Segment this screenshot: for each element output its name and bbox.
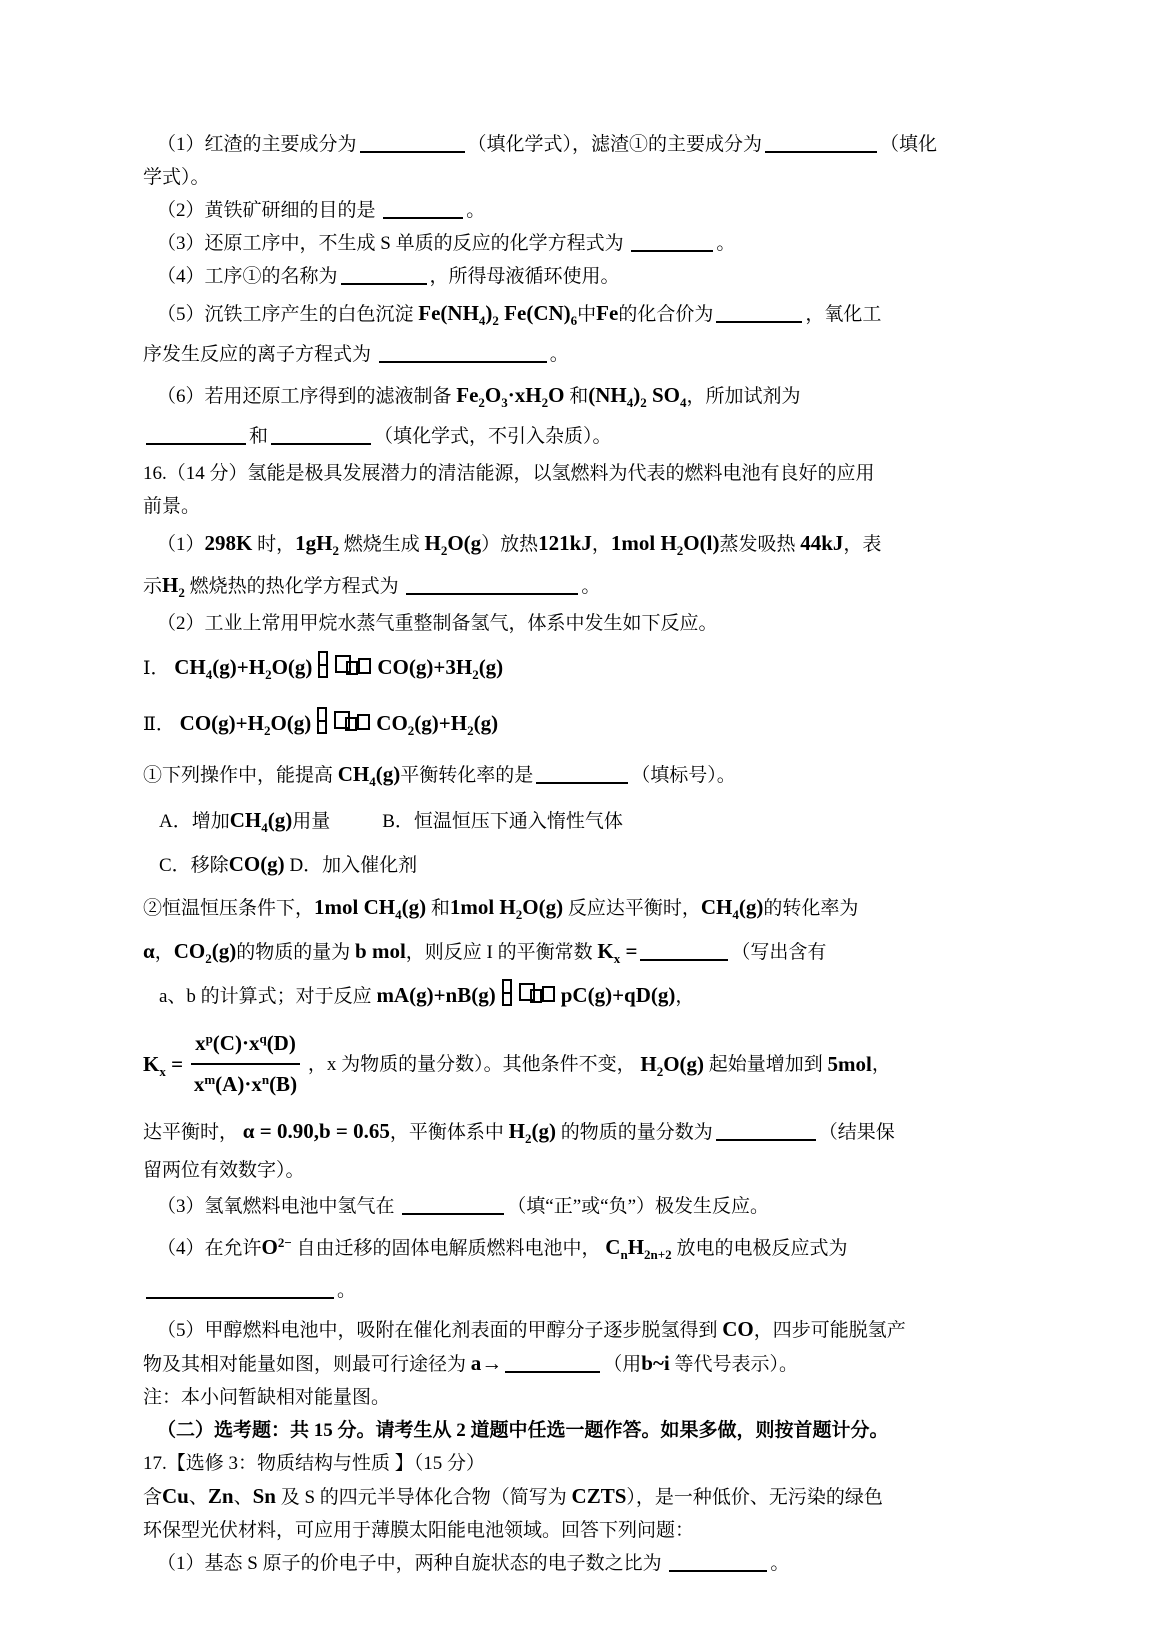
reaction-2: Ⅱ． CO(g)+H2O(g)CO2(g)+H2(g) bbox=[143, 696, 1023, 752]
text-run: 。 bbox=[466, 200, 485, 221]
q16-part2-sub2-line1: ②恒温恒压条件下，1mol CH4(g) 和1mol H2O(g) 反应达平衡时… bbox=[143, 886, 1023, 930]
note-line: 注：本小问暂缺相对能量图。 bbox=[143, 1381, 1023, 1414]
missing-glyph-boxes bbox=[318, 651, 371, 678]
text-run: 的化合价为 bbox=[618, 304, 713, 325]
q17-part1: （1）基态 S 原子的价电子中，两种自旋状态的电子数之比为 。 bbox=[143, 1547, 1023, 1580]
q16-part4-line1: （4）在允许O2− 自由迁移的固体电解质燃料电池中， CnH2n+2 放电的电极… bbox=[143, 1227, 1023, 1269]
text-run: 前景。 bbox=[143, 496, 200, 517]
text-run: （二）选考题：共 15 分。请考生从 2 道题中任选一题作答。如果多做，则按首题… bbox=[157, 1420, 889, 1441]
q15-part2: （2）黄铁矿研细的目的是 。 bbox=[143, 194, 1023, 227]
text-run: 。 bbox=[337, 1280, 356, 1301]
text-run: A．增加 bbox=[159, 811, 230, 832]
blank-underline bbox=[341, 269, 427, 285]
text-run: Ⅱ． bbox=[143, 714, 180, 735]
text-run: 。 bbox=[550, 344, 569, 365]
text-run: Ⅰ． bbox=[143, 658, 174, 679]
text-run: 反应达平衡时， bbox=[563, 898, 701, 919]
text-run: 的转化率为 bbox=[763, 898, 858, 919]
text-run: 留两位有效数字）。 bbox=[143, 1160, 305, 1181]
formula: b~i bbox=[641, 1351, 669, 1375]
formula: CO2(g) bbox=[174, 939, 237, 963]
formula: Zn bbox=[208, 1484, 234, 1508]
tofu-box bbox=[358, 658, 371, 674]
blank-underline bbox=[669, 1556, 767, 1572]
tofu-box bbox=[530, 989, 542, 1003]
text-run: ，所加试剂为 bbox=[686, 386, 800, 407]
text-run: ，x 为物质的量分数）。其他条件不变， bbox=[308, 1048, 641, 1081]
q16-part2-intro: （2）工业上常用甲烷水蒸气重整制备氢气，体系中发生如下反应。 bbox=[143, 607, 1023, 640]
text-run: ， bbox=[155, 942, 174, 963]
text-run: （写出含有 bbox=[731, 942, 826, 963]
text-run: 用量 bbox=[292, 811, 330, 832]
blank-underline bbox=[505, 1357, 600, 1373]
kx-fraction: xp(C)·xq(D)xm(A)·xn(B) bbox=[191, 1027, 300, 1101]
text-run: 示 bbox=[143, 576, 162, 597]
q15-part6-line2: 和（填化学式，不引入杂质）。 bbox=[143, 417, 1023, 457]
text-run: （用 bbox=[603, 1354, 641, 1375]
text-run: 物及其相对能量如图，则最可行途径为 bbox=[143, 1354, 471, 1375]
q16-intro-line2: 前景。 bbox=[143, 490, 1023, 523]
text-run: 放电的电极反应式为 bbox=[672, 1238, 848, 1259]
q16-part2-sub2-line6: 留两位有效数字）。 bbox=[143, 1154, 1023, 1187]
text-run: 及 S 的四元半导体化合物（简写为 bbox=[276, 1487, 572, 1508]
options-ab: A．增加CH4(g)用量B．恒温恒压下通入惰性气体 bbox=[143, 798, 1023, 844]
q17-intro-line2: 环保型光伏材料，可应用于薄膜太阳能电池领域。回答下列问题： bbox=[143, 1514, 1023, 1547]
q15-part3: （3）还原工序中，不生成 S 单质的反应的化学方程式为 。 bbox=[143, 227, 1023, 260]
text-run: ，平衡体系中 bbox=[390, 1122, 509, 1143]
text-run: （1）红渣的主要成分为 bbox=[157, 134, 357, 155]
formula: mA(g)+nB(g) bbox=[376, 983, 495, 1007]
formula: Sn bbox=[253, 1484, 276, 1508]
text-run: （2）黄铁矿研细的目的是 bbox=[157, 200, 380, 221]
q16-part2-sub2-line3: a、b 的计算式；对于反应 mA(g)+nB(g)pC(g)+qD(g)， bbox=[143, 974, 1023, 1018]
text-run: （填标号）。 bbox=[631, 765, 736, 786]
text-run: 含 bbox=[143, 1487, 162, 1508]
text-run: 、 bbox=[189, 1487, 208, 1508]
q16-part4-line2: 。 bbox=[143, 1269, 1023, 1313]
text-run: D．加入催化剂 bbox=[285, 855, 417, 876]
formula: 1gH2 bbox=[295, 531, 339, 555]
formula: CZTS bbox=[572, 1484, 627, 1508]
formula: Cu bbox=[162, 1484, 189, 1508]
q15-part6-line1: （6）若用还原工序得到的滤液制备 Fe2O3·xH2O 和(NH4)2 SO4，… bbox=[143, 375, 1023, 417]
formula: 298K bbox=[205, 531, 253, 555]
formula: a→ bbox=[471, 1351, 503, 1375]
text-run: 中 bbox=[577, 304, 596, 325]
text-run: 燃烧生成 bbox=[339, 534, 425, 555]
tofu-box bbox=[317, 707, 327, 734]
text-run: B．恒温恒压下通入惰性气体 bbox=[382, 811, 623, 832]
formula: CnH2n+2 bbox=[605, 1235, 671, 1259]
formula: 1mol CH4(g) bbox=[314, 895, 426, 919]
text-run: （2）工业上常用甲烷水蒸气重整制备氢气，体系中发生如下反应。 bbox=[157, 613, 718, 634]
formula: CO bbox=[722, 1317, 754, 1341]
fraction-denominator: xm(A)·xn(B) bbox=[191, 1065, 300, 1101]
q15-part5-line1: （5）沉铁工序产生的白色沉淀 Fe(NH4)2 Fe(CN)6中Fe的化合价为，… bbox=[143, 293, 1023, 335]
document-page: （1）红渣的主要成分为（填化学式），滤渣①的主要成分为（填化学式）。（2）黄铁矿… bbox=[0, 0, 1158, 1638]
blank-underline bbox=[383, 203, 463, 219]
formula: CO(g) bbox=[229, 852, 285, 876]
text-run: 蒸发吸热 bbox=[719, 534, 800, 555]
formula: O2− bbox=[262, 1235, 292, 1259]
formula: Fe2O3·xH2O bbox=[456, 383, 564, 407]
formula: Fe bbox=[596, 301, 618, 325]
text-run: ，所得母液循环使用。 bbox=[430, 266, 620, 287]
text-run: C．移除 bbox=[159, 855, 229, 876]
formula: b mol bbox=[355, 939, 406, 963]
q15-part5-line2: 序发生反应的离子方程式为 。 bbox=[143, 335, 1023, 375]
text-run: 等代号表示）。 bbox=[670, 1354, 798, 1375]
text-run: ， bbox=[675, 986, 694, 1007]
text-run: （3）氢氧燃料电池中氢气在 bbox=[157, 1196, 399, 1217]
tofu-box bbox=[502, 979, 512, 1006]
blank-underline bbox=[379, 347, 547, 363]
text-run: 起始量增加到 bbox=[704, 1048, 828, 1081]
formula: pC(g)+qD(g) bbox=[561, 983, 676, 1007]
blank-underline bbox=[536, 768, 628, 784]
options-cd: C．移除CO(g) D．加入催化剂 bbox=[143, 844, 1023, 886]
formula: 5mol bbox=[828, 1048, 872, 1081]
text-run: （填化 bbox=[880, 134, 937, 155]
formula: 1mol H2O(g) bbox=[450, 895, 563, 919]
q16-part2-sub2-line5: 达平衡时， α = 0.90,b = 0.65，平衡体系中 H2(g) 的物质的… bbox=[143, 1110, 1023, 1154]
blank-underline bbox=[360, 137, 465, 153]
text-run: （填“正”或“负”）极发生反应。 bbox=[507, 1196, 769, 1217]
text-run: a、b 的计算式；对于反应 bbox=[159, 986, 376, 1007]
formula: Kx = bbox=[597, 939, 637, 963]
text-run: 和 bbox=[564, 386, 588, 407]
text-run: （填化学式），滤渣①的主要成分为 bbox=[468, 134, 763, 155]
text-run: ），是一种低价、无污染的绿色 bbox=[626, 1487, 883, 1508]
text-run: ，表 bbox=[843, 534, 881, 555]
tofu-box bbox=[346, 661, 358, 675]
q15-part4: （4）工序①的名称为，所得母液循环使用。 bbox=[143, 260, 1023, 293]
fraction-numerator: xp(C)·xq(D) bbox=[191, 1027, 300, 1065]
formula: Fe(NH4)2 Fe(CN)6 bbox=[418, 301, 577, 325]
q16-intro-line1: 16.（14 分）氢能是极具发展潜力的清洁能源，以氢燃料为代表的燃料电池有良好的… bbox=[143, 457, 1023, 490]
text-run: （1） bbox=[157, 534, 205, 555]
text-run: （结果保 bbox=[819, 1122, 895, 1143]
text-run: ）放热 bbox=[481, 534, 538, 555]
text-run: ，四步可能脱氢产 bbox=[754, 1320, 906, 1341]
q17-title: 17.【选修 3：物质结构与性质 】（15 分） bbox=[143, 1447, 1023, 1480]
blank-underline bbox=[716, 1125, 816, 1141]
text-run: （1）基态 S 原子的价电子中，两种自旋状态的电子数之比为 bbox=[157, 1553, 666, 1574]
formula: CO2(g)+H2(g) bbox=[376, 711, 498, 735]
formula: H2O(g bbox=[424, 531, 481, 555]
text-run: 、 bbox=[234, 1487, 253, 1508]
text-run: 。 bbox=[770, 1553, 789, 1574]
formula: CO(g)+H2O(g) bbox=[180, 711, 312, 735]
text-run: 和 bbox=[249, 426, 268, 447]
formula: CH4(g) bbox=[230, 808, 293, 832]
blank-underline bbox=[402, 1199, 504, 1215]
text-run: 燃烧热的热化学方程式为 bbox=[185, 576, 404, 597]
missing-glyph-boxes bbox=[317, 707, 370, 734]
text-run: 注：本小问暂缺相对能量图。 bbox=[143, 1387, 390, 1408]
blank-underline bbox=[640, 945, 728, 961]
q16-part1-line1: （1）298K 时，1gH2 燃烧生成 H2O(g）放热121kJ，1mol H… bbox=[143, 523, 1023, 565]
blank-underline bbox=[271, 429, 371, 445]
text-run: ，氧化工 bbox=[805, 304, 881, 325]
tofu-box bbox=[318, 651, 328, 678]
text-run: （5）沉铁工序产生的白色沉淀 bbox=[157, 304, 418, 325]
text-run: ，则反应 I 的平衡常数 bbox=[406, 942, 598, 963]
text-run: 17.【选修 3：物质结构与性质 】（15 分） bbox=[143, 1453, 485, 1474]
formula: CH4(g)+H2O(g) bbox=[174, 655, 312, 679]
formula: Kx = bbox=[143, 1048, 183, 1081]
blank-underline bbox=[716, 307, 802, 323]
blank-underline bbox=[631, 236, 713, 252]
formula: CH4(g) bbox=[701, 895, 764, 919]
formula: H2(g) bbox=[509, 1119, 556, 1143]
text-run: （3）还原工序中，不生成 S 单质的反应的化学方程式为 bbox=[157, 233, 628, 254]
formula: H2 bbox=[162, 573, 185, 597]
section-2-header: （二）选考题：共 15 分。请考生从 2 道题中任选一题作答。如果多做，则按首题… bbox=[143, 1414, 1023, 1447]
text-run: 学式）。 bbox=[143, 167, 210, 188]
q16-part5-line1: （5）甲醇燃料电池中，吸附在催化剂表面的甲醇分子逐步脱氢得到 CO，四步可能脱氢… bbox=[143, 1313, 1023, 1347]
text-run: 时， bbox=[252, 534, 295, 555]
text-run: 。 bbox=[581, 576, 600, 597]
q16-part1-line2: 示H2 燃烧热的热化学方程式为 。 bbox=[143, 565, 1023, 607]
text-run: 环保型光伏材料，可应用于薄膜太阳能电池领域。回答下列问题： bbox=[143, 1520, 694, 1541]
q16-part2-sub1: ①下列操作中，能提高 CH4(g)平衡转化率的是（填标号）。 bbox=[143, 752, 1023, 798]
text-run: （4）在允许 bbox=[157, 1238, 262, 1259]
text-run: 达平衡时， bbox=[143, 1122, 243, 1143]
q15-part1-line1: （1）红渣的主要成分为（填化学式），滤渣①的主要成分为（填化 bbox=[143, 128, 1023, 161]
formula: α bbox=[143, 939, 155, 963]
formula: 121kJ bbox=[538, 531, 592, 555]
text-run: ， bbox=[592, 534, 611, 555]
text-run: 自由迁移的固体电解质燃料电池中， bbox=[292, 1238, 606, 1259]
text-run: 序发生反应的离子方程式为 bbox=[143, 344, 376, 365]
text-run: ①下列操作中，能提高 bbox=[143, 765, 338, 786]
text-run: 的物质的量分数为 bbox=[556, 1122, 713, 1143]
formula: (NH4)2 SO4 bbox=[588, 383, 686, 407]
text-run: （4）工序①的名称为 bbox=[157, 266, 338, 287]
blank-underline bbox=[146, 1283, 334, 1299]
formula: CO(g)+3H2(g) bbox=[377, 655, 503, 679]
document-content: （1）红渣的主要成分为（填化学式），滤渣①的主要成分为（填化学式）。（2）黄铁矿… bbox=[143, 128, 1023, 1580]
tofu-box bbox=[357, 714, 370, 730]
tofu-box bbox=[542, 986, 555, 1002]
blank-underline bbox=[765, 137, 877, 153]
text-run: 。 bbox=[716, 233, 735, 254]
text-run: （6）若用还原工序得到的滤液制备 bbox=[157, 386, 456, 407]
q16-part5-line2: 物及其相对能量如图，则最可行途径为 a→（用b~i 等代号表示）。 bbox=[143, 1347, 1023, 1381]
formula: H2O(g) bbox=[640, 1048, 704, 1081]
missing-glyph-boxes bbox=[502, 979, 555, 1006]
blank-underline bbox=[146, 429, 246, 445]
q17-intro-line1: 含Cu、Zn、Sn 及 S 的四元半导体化合物（简写为 CZTS），是一种低价、… bbox=[143, 1480, 1023, 1514]
text-run: （5）甲醇燃料电池中，吸附在催化剂表面的甲醇分子逐步脱氢得到 bbox=[157, 1320, 722, 1341]
text-run: （填化学式，不引入杂质）。 bbox=[374, 426, 612, 447]
text-run: ， bbox=[872, 1048, 891, 1081]
q15-part1-line2: 学式）。 bbox=[143, 161, 1023, 194]
tofu-box bbox=[345, 717, 357, 731]
formula: α = 0.90,b = 0.65 bbox=[243, 1119, 390, 1143]
kx-fraction-line: Kx =xp(C)·xq(D)xm(A)·xn(B)，x 为物质的量分数）。其他… bbox=[143, 1018, 1023, 1110]
reaction-1: Ⅰ． CH4(g)+H2O(g)CO(g)+3H2(g) bbox=[143, 640, 1023, 696]
formula: CH4(g) bbox=[338, 762, 401, 786]
formula: 1mol H2O(l) bbox=[611, 531, 720, 555]
q16-part3: （3）氢氧燃料电池中氢气在 （填“正”或“负”）极发生反应。 bbox=[143, 1187, 1023, 1227]
blank-underline bbox=[406, 579, 578, 595]
text-run: 的物质的量为 bbox=[236, 942, 355, 963]
formula: 44kJ bbox=[800, 531, 843, 555]
text-run: 平衡转化率的是 bbox=[400, 765, 533, 786]
text-run: 16.（14 分）氢能是极具发展潜力的清洁能源，以氢燃料为代表的燃料电池有良好的… bbox=[143, 463, 875, 484]
q16-part2-sub2-line2: α，CO2(g)的物质的量为 b mol，则反应 I 的平衡常数 Kx =（写出… bbox=[143, 930, 1023, 974]
text-run: ②恒温恒压条件下， bbox=[143, 898, 314, 919]
text-run: 和 bbox=[426, 898, 450, 919]
